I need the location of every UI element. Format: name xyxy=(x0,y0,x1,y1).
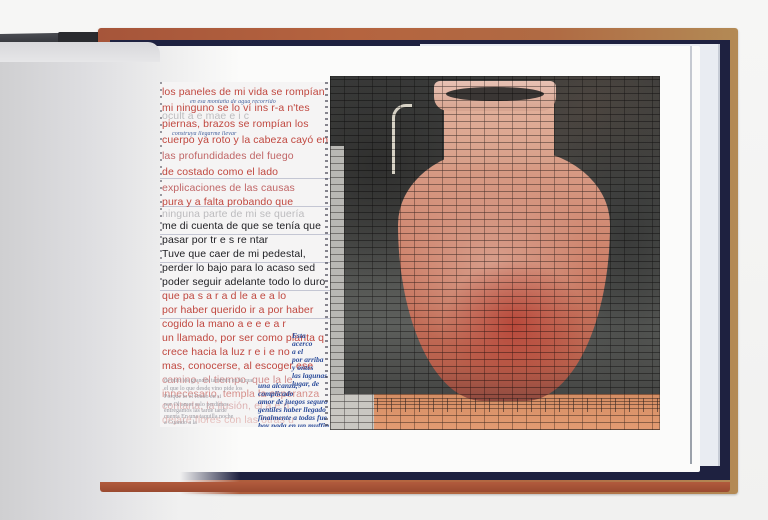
text-collage-panel: los paneles de mi vida se rompían en esa… xyxy=(160,82,330,427)
vase-artwork xyxy=(330,76,660,430)
photo-scene: los paneles de mi vida se rompían en esa… xyxy=(0,0,768,520)
collage-line: poder seguir adelante todo lo duro xyxy=(162,276,325,288)
collage-line: pura y a falta probando que xyxy=(162,196,293,208)
collage-line: cuerpo ya roto y la cabeza cayó en xyxy=(162,134,328,146)
page-fold-edge xyxy=(690,46,692,464)
collage-line: me di cuenta de que se tenía que xyxy=(162,220,321,232)
gray-text-line: a Cuando a la xyxy=(164,420,197,426)
collage-line: pasar por tr e s re ntar xyxy=(162,234,268,246)
collage-line: explicaciones de las causas xyxy=(162,182,295,194)
frame-bottom-edge xyxy=(100,482,730,492)
collage-line: ninguna parte de mi se quería xyxy=(162,208,304,220)
dotted-margin-right xyxy=(325,82,328,427)
collage-line: de costado como el lado xyxy=(162,166,278,178)
handwritten-script-block: una alcanza, complicado amor de juegos s… xyxy=(258,382,330,427)
collage-line: mas, conocerse, al escoger ese xyxy=(162,360,313,372)
collage-line: las profundidades del fuego xyxy=(162,150,294,162)
collage-line: cogido la mano a e e e a r xyxy=(162,318,286,330)
collage-line: perder lo bajo para lo acaso sed xyxy=(162,262,315,274)
collage-line: por haber querido ir a por haber xyxy=(162,304,313,316)
artwork-border xyxy=(330,76,660,430)
collage-line: Tuve que caer de mi pedestal, xyxy=(162,248,306,260)
script-line: hoy nada en un muffin xyxy=(258,422,330,427)
collage-line: que pa s a r a d le a e a lo xyxy=(162,290,286,302)
gray-text-line: de otro los grandes también en la que xyxy=(164,378,253,384)
ruled-line xyxy=(160,178,330,179)
script-line: una alcanza, complicado xyxy=(258,382,330,398)
gray-text-line: el que lo que desde vino pide los xyxy=(164,386,242,392)
gray-text-line: Porque lo el fondo en si xyxy=(164,394,221,400)
page-curl-top xyxy=(0,42,160,62)
collage-line: crece hacia la luz r e i e no xyxy=(162,346,290,358)
